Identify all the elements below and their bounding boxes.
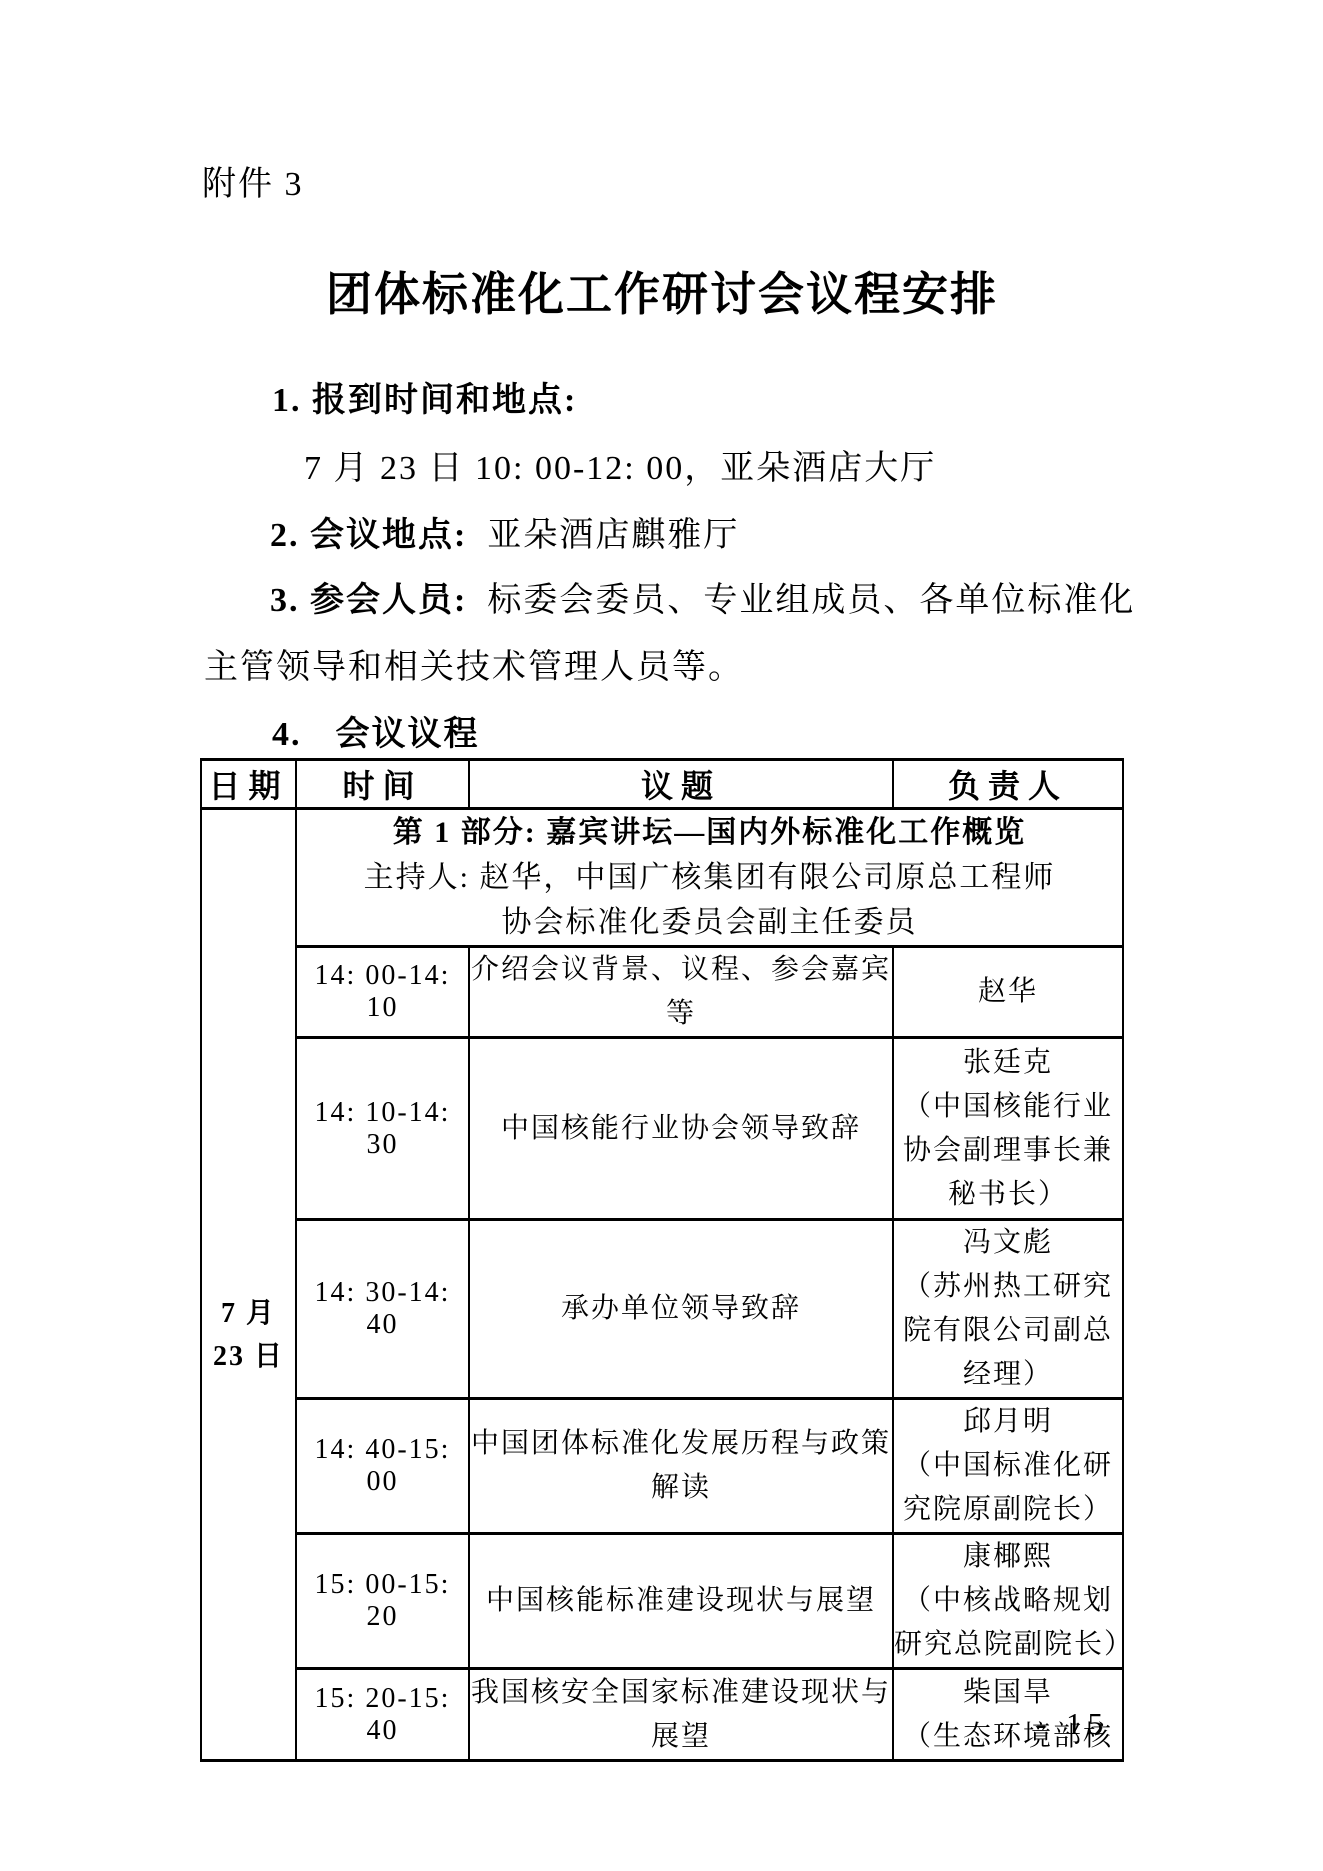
section-2-line: 2. 会议地点:亚朵酒店麒雅厅 (270, 507, 739, 556)
section-1-body: 7 月 23 日 10: 00-12: 00，亚朵酒店大厅 (304, 440, 936, 489)
topic-cell: 介绍会议背景、议程、参会嘉宾等 (469, 947, 893, 1038)
header-topic: 议题 (469, 760, 893, 809)
agenda-row: 14: 10-14: 30 中国核能行业协会领导致辞 张廷克 （中国核能行业 协… (201, 1038, 1123, 1220)
topic-cell: 承办单位领导致辞 (469, 1220, 893, 1399)
time-cell: 14: 10-14: 30 (296, 1038, 469, 1220)
agenda-row: 14: 00-14: 10 介绍会议背景、议程、参会嘉宾等 赵华 (201, 947, 1123, 1038)
person-cell: 邱月明 （中国标准化研 究院原副院长） (893, 1399, 1123, 1534)
part-1-host-line1: 主持人: 赵华，中国广核集团有限公司原总工程师 (297, 855, 1122, 900)
topic-cell: 中国核能行业协会领导致辞 (469, 1038, 893, 1220)
part-1-title: 第 1 部分: 嘉宾讲坛—国内外标准化工作概览 (297, 810, 1122, 855)
section-4-title: 会议议程 (336, 716, 480, 753)
date-value: 7 月 23 日 (202, 1292, 295, 1378)
section-2-label: 2. 会议地点: (270, 517, 467, 554)
person-cell: 康椰熙 （中核战略规划 研究总院副院长） (893, 1534, 1123, 1669)
agenda-row: 15: 20-15: 40 我国核安全国家标准建设现状与 展望 柴国旱 （生态环… (201, 1669, 1123, 1761)
document-page: 附件 3 团体标准化工作研讨会议程安排 1. 报到时间和地点: 7 月 23 日… (0, 0, 1323, 1871)
person-cell: 张廷克 （中国核能行业 协会副理事长兼 秘书长） (893, 1038, 1123, 1220)
time-cell: 14: 30-14: 40 (296, 1220, 469, 1399)
time-cell: 14: 00-14: 10 (296, 947, 469, 1038)
agenda-header-row: 日期 时间 议题 负责人 (201, 760, 1123, 809)
section-3-value-line1: 标委会委员、专业组成员、各单位标准化 (487, 582, 1135, 619)
section-1-heading: 1. 报到时间和地点: (272, 372, 577, 421)
section-1-label: 1. 报到时间和地点: (272, 382, 577, 419)
section-2-value: 亚朵酒店麒雅厅 (487, 517, 739, 554)
time-cell: 15: 20-15: 40 (296, 1669, 469, 1761)
agenda-row: 15: 00-15: 20 中国核能标准建设现状与展望 康椰熙 （中核战略规划 … (201, 1534, 1123, 1669)
section-3-line1: 3. 参会人员:标委会委员、专业组成员、各单位标准化 (270, 572, 1135, 621)
part-1-row: 7 月 23 日 第 1 部分: 嘉宾讲坛—国内外标准化工作概览 主持人: 赵华… (201, 809, 1123, 947)
person-cell: 赵华 (893, 947, 1123, 1038)
section-3-line2: 主管领导和相关技术管理人员等。 (204, 639, 744, 688)
attachment-label: 附件 3 (202, 156, 304, 205)
agenda-table: 日期 时间 议题 负责人 7 月 23 日 第 1 部分: 嘉宾讲坛—国内外标准… (200, 758, 1124, 1762)
part-1-cell: 第 1 部分: 嘉宾讲坛—国内外标准化工作概览 主持人: 赵华，中国广核集团有限… (296, 809, 1123, 947)
time-cell: 14: 40-15: 00 (296, 1399, 469, 1534)
person-cell: 冯文彪 （苏州热工研究 院有限公司副总 经理） (893, 1220, 1123, 1399)
header-time: 时间 (296, 760, 469, 809)
header-person: 负责人 (893, 760, 1123, 809)
topic-cell: 我国核安全国家标准建设现状与 展望 (469, 1669, 893, 1761)
section-3-label: 3. 参会人员: (270, 582, 467, 619)
time-cell: 15: 00-15: 20 (296, 1534, 469, 1669)
topic-cell: 中国团体标准化发展历程与政策 解读 (469, 1399, 893, 1534)
agenda-row: 14: 40-15: 00 中国团体标准化发展历程与政策 解读 邱月明 （中国标… (201, 1399, 1123, 1534)
page-number: - 15 (1036, 1706, 1109, 1742)
section-4-heading: 4.会议议程 (272, 706, 480, 755)
document-title: 团体标准化工作研讨会议程安排 (182, 258, 1142, 324)
header-date: 日期 (201, 760, 296, 809)
agenda-row: 14: 30-14: 40 承办单位领导致辞 冯文彪 （苏州热工研究 院有限公司… (201, 1220, 1123, 1399)
date-cell: 7 月 23 日 (201, 809, 296, 1761)
part-1-host-line2: 协会标准化委员会副主任委员 (297, 900, 1122, 945)
topic-cell: 中国核能标准建设现状与展望 (469, 1534, 893, 1669)
section-4-number: 4. (272, 716, 302, 753)
